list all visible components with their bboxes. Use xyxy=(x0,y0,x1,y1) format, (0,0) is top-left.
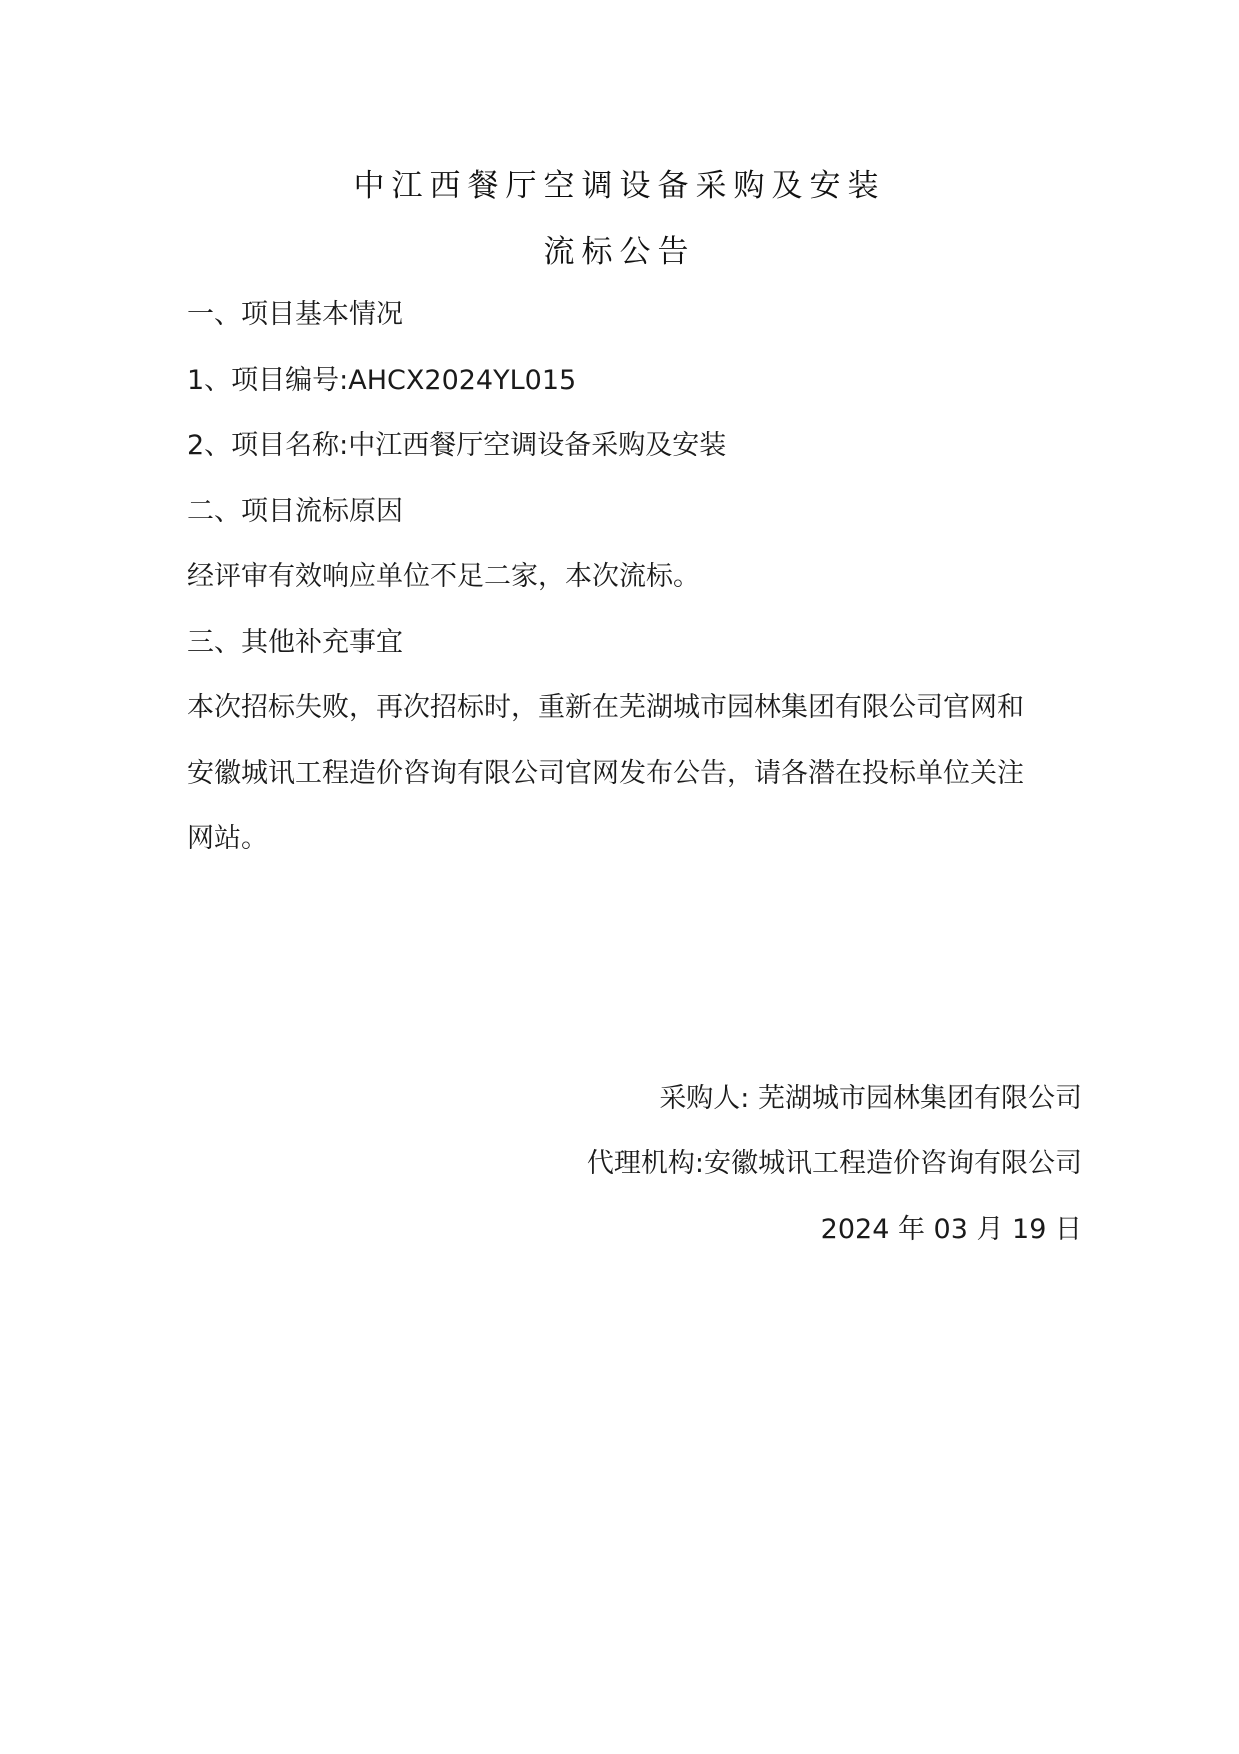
document-title-line2: 流标公告 xyxy=(0,226,1239,271)
other-matters-line2: 安徽城讯工程造价咨询有限公司官网发布公告，请各潜在投标单位关注 xyxy=(187,751,1024,790)
document-page: 中江西餐厅空调设备采购及安装 流标公告 一、项目基本情况 1、项目编号:AHCX… xyxy=(0,0,1239,1754)
agency-signature: 代理机构:安徽城讯工程造价咨询有限公司 xyxy=(587,1141,1082,1180)
purchaser-signature: 采购人: 芜湖城市园林集团有限公司 xyxy=(659,1076,1082,1115)
section-heading-basic-info: 一、项目基本情况 xyxy=(187,292,403,331)
section-heading-failure-reason: 二、项目流标原因 xyxy=(187,489,403,528)
failure-reason-text: 经评审有效响应单位不足二家，本次流标。 xyxy=(187,554,700,593)
document-title-line1: 中江西餐厅空调设备采购及安装 xyxy=(0,160,1239,205)
other-matters-line3: 网站。 xyxy=(187,816,268,855)
section-heading-other-matters: 三、其他补充事宜 xyxy=(187,620,403,659)
announcement-date: 2024 年 03 月 19 日 xyxy=(821,1207,1082,1246)
project-name: 2、项目名称:中江西餐厅空调设备采购及安装 xyxy=(187,423,726,462)
project-number: 1、项目编号:AHCX2024YL015 xyxy=(187,358,576,397)
other-matters-line1: 本次招标失败，再次招标时，重新在芜湖城市园林集团有限公司官网和 xyxy=(187,685,1024,724)
